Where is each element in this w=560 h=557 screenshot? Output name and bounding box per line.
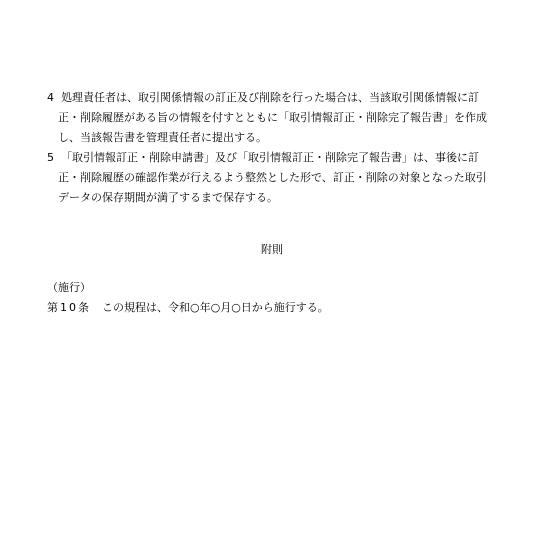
clause-5-line-1: 5「取引情報訂正・削除申請書」及び「取引情報訂正・削除完了報告書」は、事後に訂 [47,148,520,168]
clause-5-line-3: データの保存期間が満了するまで保存する。 [47,188,520,208]
article-number: 第10条 [47,301,91,314]
clause-4-number: 4 [47,88,61,108]
clause-4-text-1: 処理責任者は、取引関係情報の訂正及び削除を行った場合は、当該取引関係情報に訂 [61,91,479,104]
clause-5-line-2: 正・削除履歴の確認作業が行えるよう整然とした形で、訂正・削除の対象となった取引 [47,168,520,188]
section-label: （施行） [47,278,520,298]
clause-5-text-1: 「取引情報訂正・削除申請書」及び「取引情報訂正・削除完了報告書」は、事後に訂 [61,151,479,164]
clause-4-line-1: 4処理責任者は、取引関係情報の訂正及び削除を行った場合は、当該取引関係情報に訂 [47,88,520,108]
document-body: 4処理責任者は、取引関係情報の訂正及び削除を行った場合は、当該取引関係情報に訂 … [0,0,560,318]
article-line: 第10条この規程は、令和○年○月○日から施行する。 [47,298,520,318]
clause-5-number: 5 [47,148,61,168]
clause-4-line-3: し、当該報告書を管理責任者に提出する。 [47,128,520,148]
document-page: 4処理責任者は、取引関係情報の訂正及び削除を行った場合は、当該取引関係情報に訂 … [0,0,560,557]
clause-4-line-2: 正・削除履歴がある旨の情報を付すとともに「取引情報訂正・削除完了報告書」を作成 [47,108,520,128]
appendix-heading: 附則 [47,240,497,260]
article-text: この規程は、令和○年○月○日から施行する。 [102,301,329,314]
